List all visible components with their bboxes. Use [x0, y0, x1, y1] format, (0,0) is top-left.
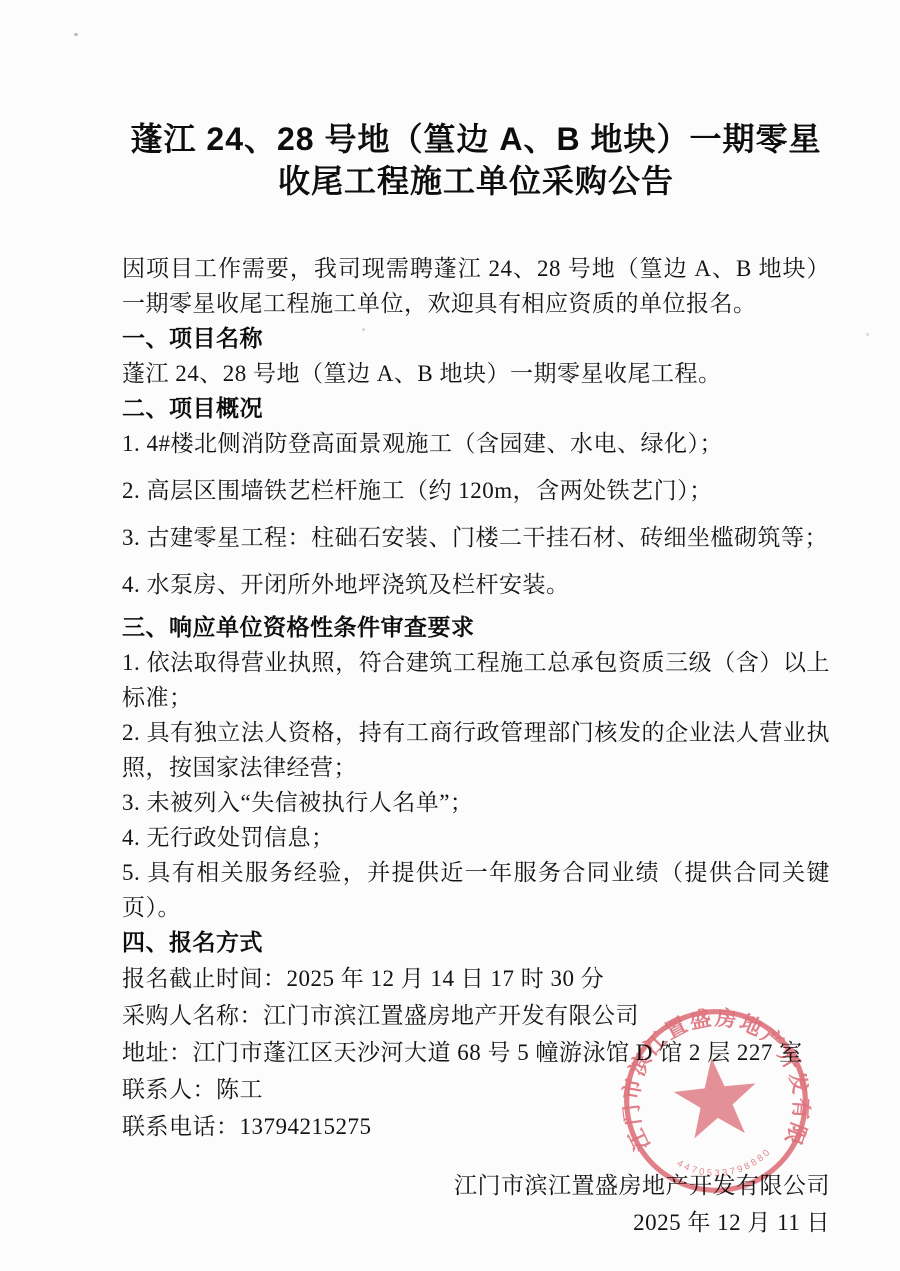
project-name-line: 蓬江 24、28 号地（篁边 A、B 地块）一期零星收尾工程。 — [122, 356, 830, 391]
purchaser-line: 采购人名称：江门市滨江置盛房地产开发有限公司 — [122, 997, 830, 1034]
scanned-document-page: 蓬江 24、28 号地（篁边 A、B 地块）一期零星 收尾工程施工单位采购公告 … — [0, 0, 900, 1271]
address-line: 地址：江门市蓬江区天沙河大道 68 号 5 幢游泳馆 D 馆 2 层 227 室 — [122, 1034, 830, 1071]
qualification-item-3: 3. 未被列入“失信被执行人名单”； — [122, 785, 830, 820]
qualification-item-2: 2. 具有独立法人资格，持有工商行政管理部门核发的企业法人营业执照，按国家法律经… — [122, 715, 830, 785]
qualification-item-1: 1. 依法取得营业执照，符合建筑工程施工总承包资质三级（含）以上标准； — [122, 645, 830, 715]
deadline-line: 报名截止时间：2025 年 12 月 14 日 17 时 30 分 — [122, 960, 830, 997]
signature-company: 江门市滨江置盛房地产开发有限公司 — [122, 1167, 830, 1204]
signature-date: 2025 年 12 月 11 日 — [122, 1204, 830, 1241]
qualification-item-4: 4. 无行政处罚信息； — [122, 820, 830, 855]
section-4-heading: 四、报名方式 — [122, 925, 830, 960]
page-title: 蓬江 24、28 号地（篁边 A、B 地块）一期零星 收尾工程施工单位采购公告 — [122, 118, 830, 202]
section-3-heading: 三、响应单位资格性条件审查要求 — [122, 610, 830, 645]
section-1-heading: 一、项目名称 — [122, 321, 830, 356]
overview-item-1: 1. 4#楼北侧消防登高面景观施工（含园建、水电、绿化）； — [122, 426, 830, 461]
qualification-item-5: 5. 具有相关服务经验，并提供近一年服务合同业绩（提供合同关键页）。 — [122, 855, 830, 925]
intro-paragraph: 因项目工作需要，我司现需聘蓬江 24、28 号地（篁边 A、B 地块）一期零星收… — [122, 251, 830, 321]
title-line-2: 收尾工程施工单位采购公告 — [122, 160, 830, 202]
overview-item-3: 3. 古建零星工程：柱础石安装、门楼二干挂石材、砖细坐槛砌筑等； — [122, 520, 830, 555]
overview-item-4: 4. 水泵房、开闭所外地坪浇筑及栏杆安装。 — [122, 567, 830, 602]
document-content: 蓬江 24、28 号地（篁边 A、B 地块）一期零星 收尾工程施工单位采购公告 … — [0, 0, 900, 1241]
contact-person-line: 联系人：陈工 — [122, 1071, 830, 1108]
overview-item-2: 2. 高层区围墙铁艺栏杆施工（约 120m，含两处铁艺门）； — [122, 473, 830, 508]
contact-phone-line: 联系电话：13794215275 — [122, 1108, 830, 1145]
section-2-heading: 二、项目概况 — [122, 391, 830, 426]
title-line-1: 蓬江 24、28 号地（篁边 A、B 地块）一期零星 — [122, 118, 830, 160]
signature-block: 江门市滨江置盛房地产开发有限公司 2025 年 12 月 11 日 — [122, 1167, 830, 1241]
